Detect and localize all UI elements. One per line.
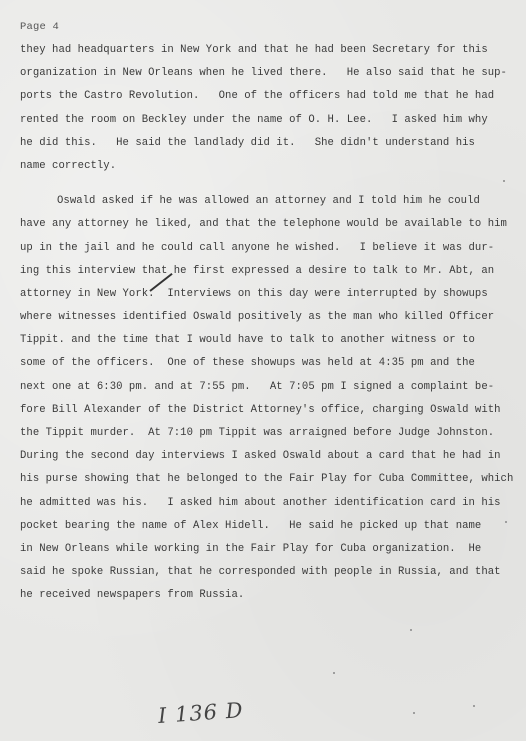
- text-line: he received newspapers from Russia.: [20, 584, 510, 607]
- text-line: where witnesses identified Oswald positi…: [20, 306, 510, 329]
- text-line: During the second day interviews I asked…: [20, 445, 510, 468]
- text-line: ports the Castro Revolution. One of the …: [20, 85, 510, 108]
- text-line: attorney in New York. Interviews on this…: [20, 283, 510, 306]
- text-line: rented the room on Beckley under the nam…: [20, 109, 510, 132]
- paragraph-2: Oswald asked if he was allowed an attorn…: [20, 190, 510, 607]
- document-page: Page 4 they had headquarters in New York…: [0, 0, 526, 741]
- text-line: Oswald asked if he was allowed an attorn…: [20, 190, 510, 213]
- paragraph-1: they had headquarters in New York and th…: [20, 39, 510, 178]
- text-line: pocket bearing the name of Alex Hidell. …: [20, 515, 510, 538]
- text-line: he did this. He said the landlady did it…: [20, 132, 510, 155]
- text-line: have any attorney he liked, and that the…: [20, 213, 510, 236]
- text-line: his purse showing that he belonged to th…: [20, 468, 510, 491]
- paper-speck: [503, 180, 505, 182]
- handwritten-annotation: I 136 D: [157, 698, 244, 728]
- paragraph-gap: [20, 178, 510, 190]
- text-line: next one at 6:30 pm. and at 7:55 pm. At …: [20, 376, 510, 399]
- paper-speck: [410, 629, 412, 631]
- text-line: he admitted was his. I asked him about a…: [20, 492, 510, 515]
- text-line: in New Orleans while working in the Fair…: [20, 538, 510, 561]
- paper-speck: [413, 712, 415, 714]
- text-line: fore Bill Alexander of the District Atto…: [20, 399, 510, 422]
- text-line: said he spoke Russian, that he correspon…: [20, 561, 510, 584]
- text-line: the Tippit murder. At 7:10 pm Tippit was…: [20, 422, 510, 445]
- document-body: they had headquarters in New York and th…: [20, 39, 510, 608]
- text-line: ing this interview that he first express…: [20, 260, 510, 283]
- text-line: Tippit. and the time that I would have t…: [20, 329, 510, 352]
- page-header: Page 4: [20, 21, 59, 33]
- text-line: organization in New Orleans when he live…: [20, 62, 510, 85]
- paper-speck: [505, 521, 507, 523]
- text-line: name correctly.: [20, 155, 510, 178]
- text-line: they had headquarters in New York and th…: [20, 39, 510, 62]
- paper-speck: [473, 705, 475, 707]
- paper-speck: [333, 672, 335, 674]
- text-line: up in the jail and he could call anyone …: [20, 237, 510, 260]
- text-line: some of the officers. One of these showu…: [20, 352, 510, 375]
